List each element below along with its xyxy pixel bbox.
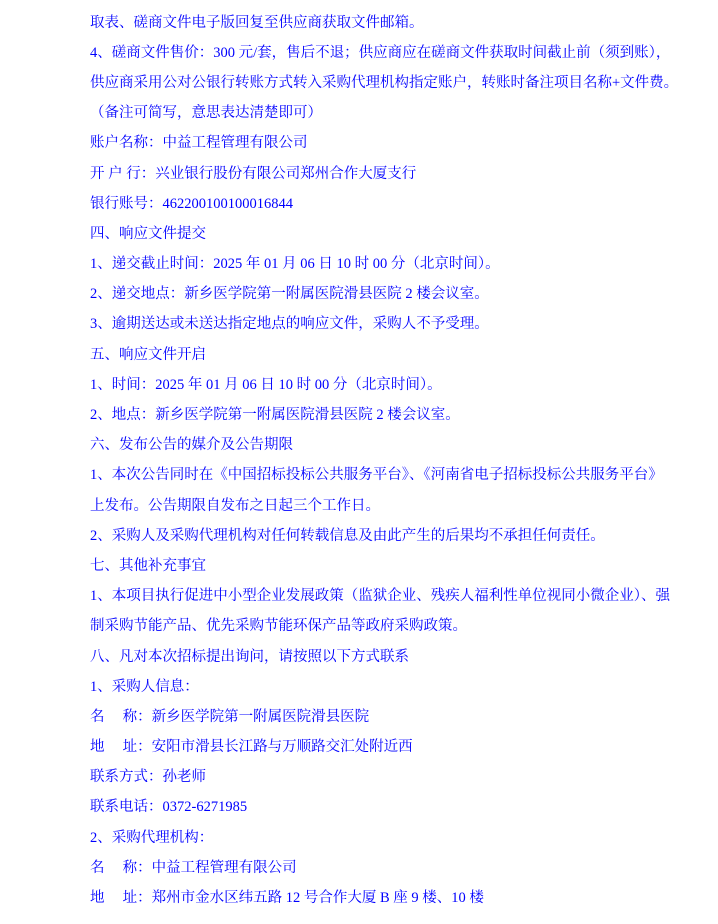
agency-address-line: 地 址：郑州市金水区纬五路 12 号合作大厦 B 座 9 楼、10 楼 [90,881,692,911]
account-name-line: 账户名称：中益工程管理有限公司 [90,127,692,157]
document-page: 取表、磋商文件电子版回复至供应商获取文件邮箱。 4、磋商文件售价：300 元/套… [0,0,718,924]
purchaser-name-line: 名 称：新乡医学院第一附属医院滑县医院 [90,700,692,730]
purchaser-info-label: 1、采购人信息： [90,670,692,700]
purchaser-address-line: 地 址：安阳市滑县长江路与万顺路交汇处附近西 [90,731,692,761]
paragraph-line: 2、地点：新乡医学院第一附属医院滑县医院 2 楼会议室。 [90,398,692,428]
section-heading-7: 七、其他补充事宜 [90,549,692,579]
paragraph-line: 1、本项目执行促进中小型企业发展政策（监狱企业、残疾人福利性单位视同小微企业）、… [90,580,692,610]
paragraph-line: 1、递交截止时间：2025 年 01 月 06 日 10 时 00 分（北京时间… [90,248,692,278]
contact-phone-line: 联系电话：0372-6271985 [90,791,692,821]
contact-person-line: 联系方式：孙老师 [90,761,692,791]
paragraph-line: 上发布。公告期限自发布之日起三个工作日。 [90,489,692,519]
paragraph-line: 4、磋商文件售价：300 元/套，售后不退；供应商应在磋商文件获取时间截止前（须… [90,36,692,66]
paragraph-line: 3、逾期送达或未送达指定地点的响应文件，采购人不予受理。 [90,308,692,338]
paragraph-line: 供应商采用公对公银行转账方式转入采购代理机构指定账户，转账时备注项目名称+文件费… [90,66,692,96]
section-heading-6: 六、发布公告的媒介及公告期限 [90,429,692,459]
agency-info-label: 2、采购代理机构： [90,821,692,851]
paragraph-line: 1、本次公告同时在《中国招标投标公共服务平台》、《河南省电子招标投标公共服务平台… [90,459,692,489]
section-heading-8: 八、凡对本次招标提出询问，请按照以下方式联系 [90,640,692,670]
bank-account-line: 银行账号：462200100100016844 [90,187,692,217]
paragraph-line: 制采购节能产品、优先采购节能环保产品等政府采购政策。 [90,610,692,640]
bank-name-line: 开 户 行：兴业银行股份有限公司郑州合作大厦支行 [90,157,692,187]
paragraph-line: 取表、磋商文件电子版回复至供应商获取文件邮箱。 [90,6,692,36]
paragraph-line: 1、时间：2025 年 01 月 06 日 10 时 00 分（北京时间）。 [90,368,692,398]
section-heading-4: 四、响应文件提交 [90,217,692,247]
paragraph-line: 2、采购人及采购代理机构对任何转载信息及由此产生的后果均不承担任何责任。 [90,519,692,549]
section-heading-5: 五、响应文件开启 [90,338,692,368]
paragraph-line: 2、递交地点：新乡医学院第一附属医院滑县医院 2 楼会议室。 [90,278,692,308]
paragraph-line: （备注可简写，意思表达清楚即可） [90,97,692,127]
agency-name-line: 名 称：中益工程管理有限公司 [90,851,692,881]
